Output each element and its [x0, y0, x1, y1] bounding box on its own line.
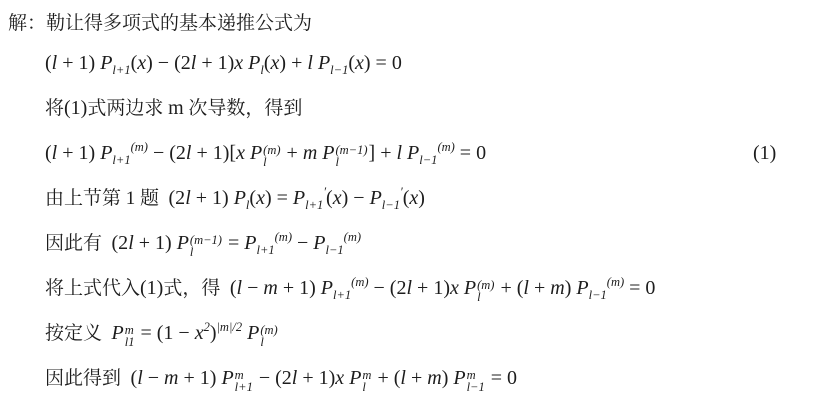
- math-token: l−1: [330, 63, 348, 77]
- formula-definition: 按定义 Pml1 = (1 − x2)|m|/2 P(m)l: [45, 311, 840, 356]
- math-token: P: [293, 187, 305, 209]
- math-token: l+1: [112, 153, 130, 167]
- math-token: ): [210, 322, 217, 344]
- math-token: |m|/2: [217, 320, 243, 334]
- math-token: +: [282, 142, 303, 164]
- text-run: 按定义: [45, 323, 112, 344]
- math-token: +: [406, 367, 427, 389]
- math-token: x: [333, 187, 342, 209]
- subscript: l−1: [467, 381, 485, 393]
- math-token: x: [195, 322, 204, 344]
- math-token: (2: [169, 187, 186, 209]
- math-token: m: [550, 277, 564, 299]
- math-token: l+1: [112, 63, 130, 77]
- math-token: ) −: [342, 187, 370, 209]
- formula-mth-derivative: (l + 1) Pl+1(m) − (2l + 1)[x P(m)l + m P…: [45, 131, 840, 176]
- math-token: = 0: [486, 367, 517, 389]
- math-token: + 1): [196, 52, 234, 74]
- subscript: l: [190, 246, 222, 258]
- math-token: m: [164, 367, 178, 389]
- math-token: + 1): [57, 142, 100, 164]
- math-token: ) = 0: [364, 52, 402, 74]
- sub-sup-stack: (m−1)l: [190, 234, 222, 258]
- formula-therefore: 因此有 (2l + 1) P(m−1)l = Pl+1(m) − Pl−1(m): [45, 221, 840, 266]
- math-token: l−1: [382, 198, 400, 212]
- superscript: (m−1): [190, 234, 222, 246]
- math-token: P: [247, 322, 259, 344]
- superscript: (m−1): [335, 144, 367, 156]
- math-token: P: [248, 52, 260, 74]
- equation-number: (1): [753, 131, 776, 176]
- sub-sup-stack: ml+1: [235, 369, 253, 393]
- math-token: P: [321, 277, 333, 299]
- math-token: + 1): [297, 367, 335, 389]
- math-token: ) +: [279, 52, 307, 74]
- math-token: (: [326, 187, 333, 209]
- text-run: 式，得: [163, 278, 230, 299]
- text-run: 由上节第 1 题: [45, 188, 169, 209]
- subscript: l: [263, 156, 280, 168]
- sub-sup-stack: (m)l: [260, 324, 277, 348]
- math-token: = (1 −: [135, 322, 194, 344]
- math-token: P: [250, 142, 262, 164]
- math-token: −: [292, 232, 313, 254]
- math-token: (: [45, 142, 52, 164]
- math-token: P: [464, 277, 476, 299]
- text-take-mth-derivative: 将(1)式两边求 m 次导数，得到: [45, 86, 840, 131]
- math-token: m: [427, 367, 441, 389]
- text-run: 因此有: [45, 233, 112, 254]
- math-token: P: [407, 142, 419, 164]
- math-token: ): [442, 367, 454, 389]
- subscript: l: [477, 291, 494, 303]
- math-token: P: [100, 52, 112, 74]
- math-token: + 1): [178, 367, 221, 389]
- math-token: x: [137, 52, 146, 74]
- math-token: +: [529, 277, 550, 299]
- subscript: l1: [125, 336, 135, 348]
- math-token: ): [418, 187, 425, 209]
- math-token: l−1: [589, 288, 607, 302]
- math-token: + 1): [134, 232, 177, 254]
- solution-heading: 解：勒让得多项式的基本递推公式为: [8, 5, 840, 41]
- math-token: P: [322, 142, 334, 164]
- math-token: + 1): [412, 277, 450, 299]
- math-token: ) =: [265, 187, 293, 209]
- math-token: (: [348, 52, 355, 74]
- math-token: m: [168, 97, 184, 119]
- sub-sup-stack: (m)l: [477, 279, 494, 303]
- math-token: P: [370, 187, 382, 209]
- math-token: (m): [437, 140, 454, 154]
- subscript: l+1: [235, 381, 253, 393]
- math-token: (: [45, 52, 52, 74]
- math-token: (1): [64, 97, 87, 119]
- sub-sup-stack: (m)l: [263, 144, 280, 168]
- math-token: ] +: [369, 142, 397, 164]
- math-token: −: [143, 367, 164, 389]
- math-token: P: [318, 52, 330, 74]
- math-token: P: [234, 187, 246, 209]
- math-token: P: [112, 322, 124, 344]
- math-token: =: [223, 232, 244, 254]
- text-run: 解：勒让得多项式的基本递推公式为: [8, 13, 312, 34]
- math-token: x: [355, 52, 364, 74]
- math-token: (m): [275, 230, 292, 244]
- math-token: m: [263, 277, 277, 299]
- subscript: l: [362, 381, 371, 393]
- math-token: P: [177, 232, 189, 254]
- math-token: (m): [344, 230, 361, 244]
- math-token: + 1): [191, 187, 234, 209]
- text-run: 因此得到: [45, 368, 131, 389]
- sub-sup-stack: ml−1: [467, 369, 485, 393]
- math-token: (m): [351, 275, 368, 289]
- subscript: l: [335, 156, 367, 168]
- math-token: P: [349, 367, 361, 389]
- text-run: 次导数，得到: [184, 98, 303, 119]
- math-token: ): [565, 277, 577, 299]
- math-token: x: [234, 52, 243, 74]
- math-token: −: [242, 277, 263, 299]
- math-token: l−1: [326, 243, 344, 257]
- math-solution-document: 解：勒让得多项式的基本递推公式为(l + 1) Pl+1(x) − (2l + …: [0, 0, 840, 413]
- math-token: l−1: [419, 153, 437, 167]
- math-token: x: [335, 367, 344, 389]
- math-token: x: [256, 187, 265, 209]
- math-token: x: [450, 277, 459, 299]
- math-token: (1): [140, 277, 163, 299]
- math-token: P: [453, 367, 465, 389]
- sub-sup-stack: ml: [362, 369, 371, 393]
- math-token: − (2: [254, 367, 292, 389]
- math-token: (: [264, 52, 271, 74]
- math-token: P: [576, 277, 588, 299]
- math-token: + 1): [57, 52, 100, 74]
- sub-sup-stack: (m−1)l: [335, 144, 367, 168]
- math-token: l+1: [333, 288, 351, 302]
- math-token: (: [230, 277, 237, 299]
- math-token: + (: [372, 367, 400, 389]
- math-token: m: [303, 142, 317, 164]
- math-token: P: [221, 367, 233, 389]
- formula-substituted: 将上式代入(1)式，得 (l − m + 1) Pl+1(m) − (2l + …: [45, 266, 840, 311]
- math-token: + 1)[: [191, 142, 236, 164]
- text-run: 将上式代入: [45, 278, 140, 299]
- sub-sup-stack: ml1: [125, 324, 135, 348]
- math-token: = 0: [624, 277, 655, 299]
- formula-basic-recursion: (l + 1) Pl+1(x) − (2l + 1)x Pl(x) + l Pl…: [45, 41, 840, 86]
- text-previous-problem: 由上节第 1 题 (2l + 1) Pl(x) = Pl+1′(x) − Pl−…: [45, 176, 840, 221]
- math-token: x: [236, 142, 245, 164]
- math-token: = 0: [455, 142, 486, 164]
- math-token: x: [409, 187, 418, 209]
- text-run: 式两边求: [87, 98, 168, 119]
- text-run: 将: [45, 98, 64, 119]
- math-token: (m): [607, 275, 624, 289]
- math-token: − (2: [369, 277, 407, 299]
- math-token: P: [100, 142, 112, 164]
- math-token: P: [313, 232, 325, 254]
- math-token: ) − (2: [146, 52, 191, 74]
- math-token: l+1: [256, 243, 274, 257]
- math-token: (m): [131, 140, 148, 154]
- math-token: + (: [495, 277, 523, 299]
- math-token: − (2: [148, 142, 186, 164]
- math-token: P: [244, 232, 256, 254]
- math-token: (2: [112, 232, 129, 254]
- subscript: l: [260, 336, 277, 348]
- math-token: l+1: [305, 198, 323, 212]
- math-token: + 1): [278, 277, 321, 299]
- formula-final-result: 因此得到 (l − m + 1) Pml+1 − (2l + 1)x Pml +…: [45, 356, 840, 401]
